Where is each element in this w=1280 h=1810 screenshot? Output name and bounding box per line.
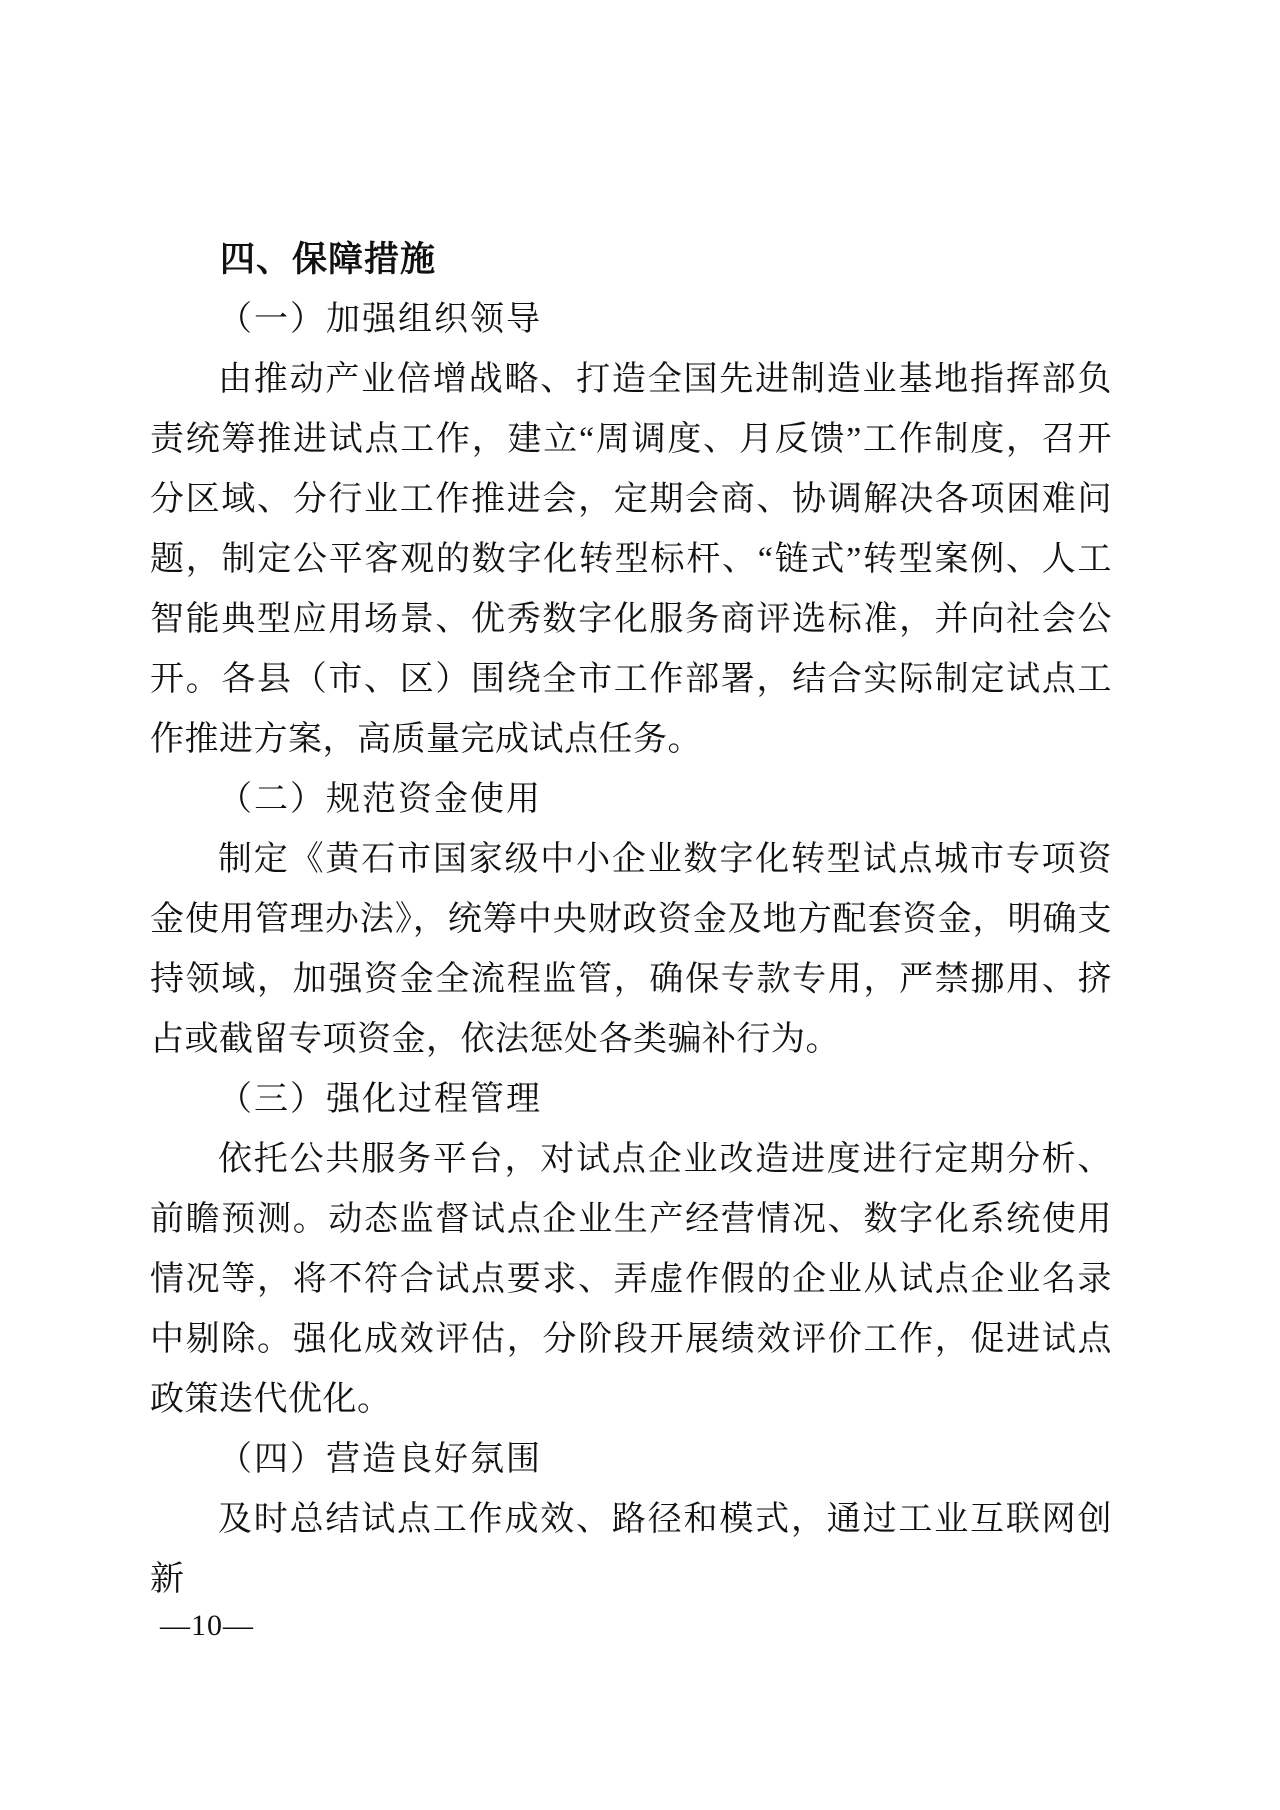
page-number: —10— <box>160 1606 254 1646</box>
section-title: 四、保障措施 <box>150 230 1112 290</box>
paragraph: 依托公共服务平台，对试点企业改造进度进行定期分析、前瞻预测。动态监督试点企业生产… <box>150 1130 1112 1430</box>
subsection-heading: （二）规范资金使用 <box>150 770 1112 830</box>
paragraph: 由推动产业倍增战略、打造全国先进制造业基地指挥部负责统筹推进试点工作，建立“周调… <box>150 350 1112 770</box>
paragraph: 及时总结试点工作成效、路径和模式，通过工业互联网创新 <box>150 1490 1112 1610</box>
document-page: 四、保障措施（一）加强组织领导由推动产业倍增战略、打造全国先进制造业基地指挥部负… <box>0 0 1280 1810</box>
subsection-heading: （四）营造良好氛围 <box>150 1430 1112 1490</box>
subsection-heading: （三）强化过程管理 <box>150 1070 1112 1130</box>
document-body: 四、保障措施（一）加强组织领导由推动产业倍增战略、打造全国先进制造业基地指挥部负… <box>150 230 1112 1610</box>
paragraph: 制定《黄石市国家级中小企业数字化转型试点城市专项资金使用管理办法》，统筹中央财政… <box>150 830 1112 1070</box>
subsection-heading: （一）加强组织领导 <box>150 290 1112 350</box>
